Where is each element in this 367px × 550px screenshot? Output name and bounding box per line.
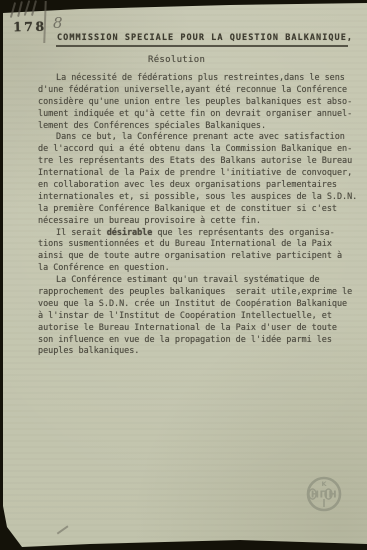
stamp-top-letter: Κ [321,480,327,488]
document-line: considère qu'une union entre les peuples… [38,97,363,109]
document-line: en collaboration avec les deux organisat… [38,180,363,192]
document-body: La nécessité de fédérations plus restrei… [38,73,363,358]
document-line: Il serait désirable que les représentant… [38,228,363,240]
document-line: lument indiquée et qu'à cette fin on dev… [38,109,363,121]
document-line: internationales et, si possible, sous le… [38,192,363,204]
resolution-heading: Résolution [148,55,205,65]
scanned-document-page: { "page": { "archive_number": "178", "ar… [0,0,367,550]
document-line: rapprochement des peuples balkaniques se… [38,287,363,299]
document-line: ainsi que de toute autre organisation re… [38,251,363,263]
document-line: la première Conférence Balkanique et de … [38,204,363,216]
document-line: la Conférence en question. [38,263,363,275]
document-line: Dans ce but, la Conférence prenant acte … [38,132,363,144]
document-line: de l'accord qui a été obtenu dans la Com… [38,144,363,156]
archive-number-suffix: 8 [53,14,63,32]
document-line: La Conférence estimant qu'un travail sys… [38,275,363,287]
document-line: International de la Paix de prendre l'in… [38,168,363,180]
document-line: peuples balkaniques. [38,346,363,358]
archive-number-stamp: 178 [13,19,47,35]
document-line: tre les représentants des Etats des Balk… [38,156,363,168]
document-line: tions susmentionnées et du Bureau Intern… [38,239,363,251]
document-line: son influence en vue de la propagation d… [38,335,363,347]
document-line: lement des Conférences spéciales Balkani… [38,121,363,133]
document-line: d'une fédération universelle,ayant été r… [38,85,363,97]
document-line: nécessaire un bureau provisoire à cette … [38,216,363,228]
archive-stamp-icon: Κ ΗΠΗ [303,473,345,517]
document-line: La nécessité de fédérations plus restrei… [38,73,363,85]
document-title: COMMISSION SPECIALE POUR LA QUESTION BAL… [57,33,357,43]
document-line: autorise le Bureau International de la P… [38,323,363,335]
title-underline [56,45,348,47]
document-line: à l'instar de l'Institut de Coopération … [38,311,363,323]
document-line: voeu que la S.D.N. crée un Institut de C… [38,299,363,311]
